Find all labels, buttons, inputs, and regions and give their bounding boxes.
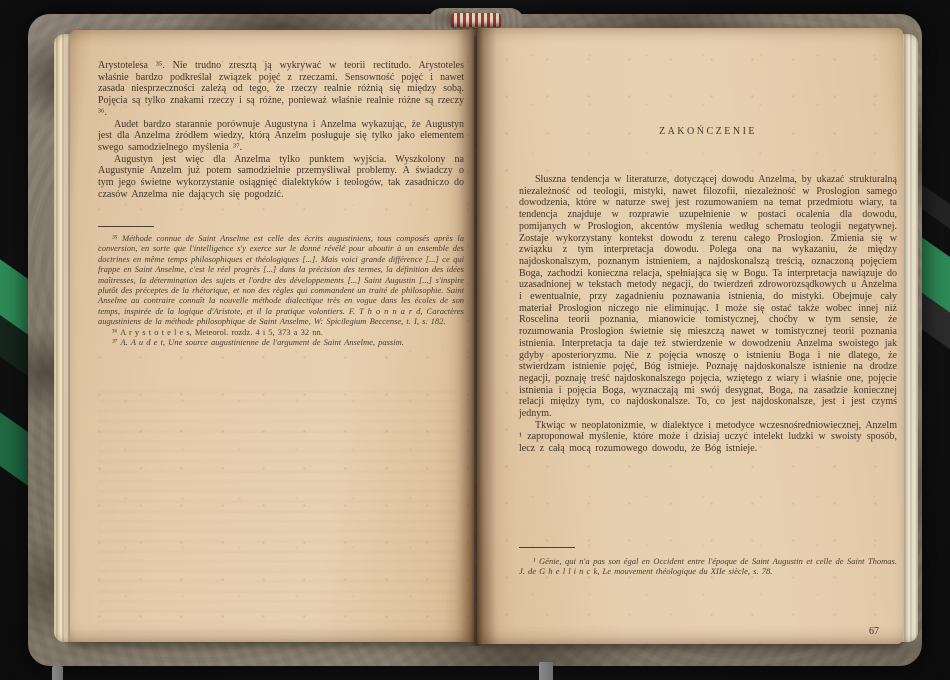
paragraph: Augustyn jest więc dla Anzelma tylko pun… — [98, 154, 464, 201]
paragraph: Tkwiąc w neoplatonizmie, w dialektyce i … — [519, 420, 897, 455]
spine-headband — [451, 13, 501, 27]
paragraph: Arystotelesa ³⁵. Nie trudno zresztą ją w… — [98, 60, 464, 119]
left-page: Arystotelesa ³⁵. Nie trudno zresztą ją w… — [70, 30, 474, 642]
footnote: ³⁷ A. A u d e t, Une source augustinienn… — [98, 337, 464, 347]
footnote: ³⁶ A r y s t o t e l e s, Meteorol. rozd… — [98, 327, 464, 337]
footnote-rule — [519, 547, 575, 548]
left-page-footnotes: ³⁵ Méthode connue de Saint Anselme est c… — [98, 233, 464, 347]
right-page-footnotes: ¹ Génie, qui n'a pas son égal en Occiden… — [519, 556, 897, 577]
book-scan-scene: Arystotelesa ³⁵. Nie trudno zresztą ją w… — [0, 0, 950, 680]
right-page-text-block: Słuszna tendencja w literaturze, dotyczą… — [519, 174, 897, 455]
right-page: ZAKOŃCZENIE Słuszna tendencja w literatu… — [477, 28, 903, 644]
page-number: 67 — [869, 626, 879, 637]
paragraph: Słuszna tendencja w literaturze, dotyczą… — [519, 174, 897, 420]
cradle-foot-center — [539, 662, 553, 680]
chapter-heading: ZAKOŃCZENIE — [519, 126, 897, 137]
cradle-foot-left — [52, 666, 63, 680]
footnote: ¹ Génie, qui n'a pas son égal en Occiden… — [519, 556, 897, 577]
paragraph: Audet bardzo starannie porównuje Augusty… — [98, 119, 464, 154]
left-page-text-block: Arystotelesa ³⁵. Nie trudno zresztą ją w… — [98, 60, 464, 200]
footnote-rule — [98, 226, 154, 227]
reverse-text-show-through — [98, 390, 458, 640]
footnote: ³⁵ Méthode connue de Saint Anselme est c… — [98, 233, 464, 327]
